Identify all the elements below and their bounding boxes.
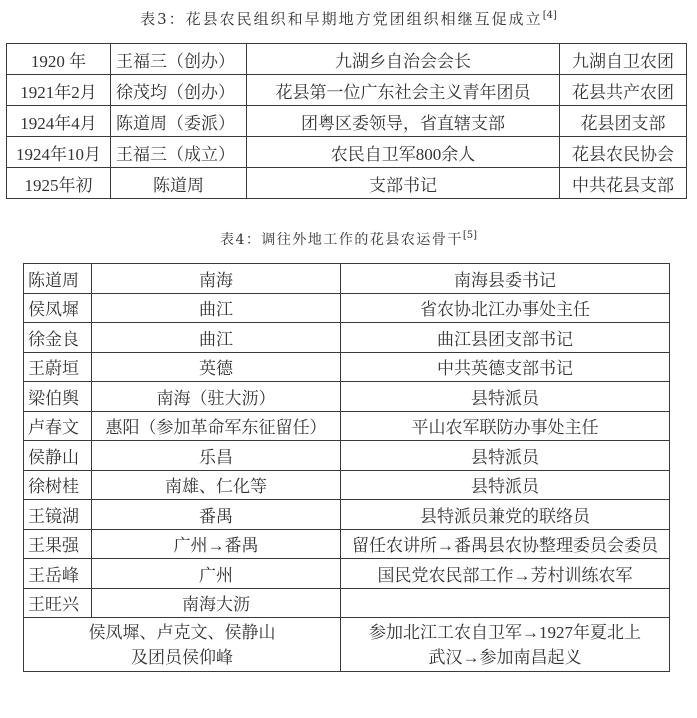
role-cell: 县特派员 xyxy=(341,382,670,412)
person-cell: 陈道周 xyxy=(111,168,247,199)
description-cell: 花县第一位广东社会主义青年团员 xyxy=(247,75,560,106)
name-cell: 侯静山 xyxy=(24,441,92,471)
organization-cell: 中共花县支部 xyxy=(560,168,687,199)
table4-citation: [5] xyxy=(463,230,477,241)
location-cell: 南雄、仁化等 xyxy=(92,470,341,500)
organization-cell: 九湖自卫农团 xyxy=(560,44,687,75)
location-cell: 广州 xyxy=(92,559,341,589)
location-cell: 惠阳（参加革命军东征留任） xyxy=(92,411,341,441)
table3-caption: 表3：花县农民组织和早期地方党团组织相继互促成立[4] xyxy=(0,8,697,29)
location-cell: 广州→番禺 xyxy=(92,529,341,559)
date-cell: 1924年4月 xyxy=(7,106,111,137)
location-cell: 乐昌 xyxy=(92,441,341,471)
role-cell: 平山农军联防办事处主任 xyxy=(341,411,670,441)
table-row: 侯静山 乐昌 县特派员 xyxy=(24,441,670,471)
table-group-row: 侯凤墀、卢克文、侯静山 及团员侯仰峰 参加北江工农自卫军→1927年夏北上 武汉… xyxy=(24,618,670,672)
table3-peasant-organizations: 1920 年 王福三（创办） 九湖乡自治会会长 九湖自卫农团 1921年2月 徐… xyxy=(6,43,687,199)
description-cell: 支部书记 xyxy=(247,168,560,199)
name-cell: 梁伯舆 xyxy=(24,382,92,412)
table-row: 陈道周 南海 南海县委书记 xyxy=(24,264,670,294)
table4-caption-text: 表4：调往外地工作的花县农运骨干 xyxy=(220,232,463,248)
description-cell: 农民自卫军800余人 xyxy=(247,137,560,168)
group-names-cell: 侯凤墀、卢克文、侯静山 及团员侯仰峰 xyxy=(24,618,341,672)
role-cell: 中共英德支部书记 xyxy=(341,352,670,382)
name-cell: 侯凤墀 xyxy=(24,293,92,323)
table-row: 梁伯舆 南海（驻大沥） 县特派员 xyxy=(24,382,670,412)
organization-cell: 花县共产农团 xyxy=(560,75,687,106)
role-cell xyxy=(341,588,670,618)
table-row: 1924年4月 陈道周（委派） 团粤区委领导，省直辖支部 花县团支部 xyxy=(7,106,687,137)
name-cell: 徐树桂 xyxy=(24,470,92,500)
role-cell: 南海县委书记 xyxy=(341,264,670,294)
table4-transferred-cadres: 陈道周 南海 南海县委书记 侯凤墀 曲江 省农协北江办事处主任 徐金良 曲江 曲… xyxy=(23,263,670,672)
table4-caption: 表4：调往外地工作的花县农运骨干[5] xyxy=(0,229,697,249)
location-cell: 南海大沥 xyxy=(92,588,341,618)
group-names-line2: 及团员侯仰峰 xyxy=(27,645,337,670)
role-cell: 县特派员 xyxy=(341,470,670,500)
date-cell: 1920 年 xyxy=(7,44,111,75)
name-cell: 陈道周 xyxy=(24,264,92,294)
table-row: 王蔚垣 英德 中共英德支部书记 xyxy=(24,352,670,382)
role-cell: 国民党农民部工作→芳村训练农军 xyxy=(341,559,670,589)
group-role-cell: 参加北江工农自卫军→1927年夏北上 武汉→参加南昌起义 xyxy=(341,618,670,672)
table-row: 王岳峰 广州 国民党农民部工作→芳村训练农军 xyxy=(24,559,670,589)
table-row: 1921年2月 徐茂均（创办） 花县第一位广东社会主义青年团员 花县共产农团 xyxy=(7,75,687,106)
person-cell: 陈道周（委派） xyxy=(111,106,247,137)
location-cell: 曲江 xyxy=(92,323,341,353)
role-cell: 省农协北江办事处主任 xyxy=(341,293,670,323)
location-cell: 番禺 xyxy=(92,500,341,530)
organization-cell: 花县团支部 xyxy=(560,106,687,137)
role-cell: 县特派员兼党的联络员 xyxy=(341,500,670,530)
name-cell: 王旺兴 xyxy=(24,588,92,618)
table-row: 1925年初 陈道周 支部书记 中共花县支部 xyxy=(7,168,687,199)
table-row: 王果强 广州→番禺 留任农讲所→番禺县农协整理委员会委员 xyxy=(24,529,670,559)
name-cell: 王果强 xyxy=(24,529,92,559)
table3-citation: [4] xyxy=(543,10,557,21)
date-cell: 1925年初 xyxy=(7,168,111,199)
date-cell: 1924年10月 xyxy=(7,137,111,168)
group-names-line1: 侯凤墀、卢克文、侯静山 xyxy=(27,620,337,645)
table-row: 1920 年 王福三（创办） 九湖乡自治会会长 九湖自卫农团 xyxy=(7,44,687,75)
role-cell: 留任农讲所→番禺县农协整理委员会委员 xyxy=(341,529,670,559)
person-cell: 王福三（成立） xyxy=(111,137,247,168)
group-role-line1: 参加北江工农自卫军→1927年夏北上 xyxy=(344,620,666,645)
location-cell: 曲江 xyxy=(92,293,341,323)
location-cell: 南海 xyxy=(92,264,341,294)
person-cell: 王福三（创办） xyxy=(111,44,247,75)
table-row: 侯凤墀 曲江 省农协北江办事处主任 xyxy=(24,293,670,323)
name-cell: 王镜湖 xyxy=(24,500,92,530)
name-cell: 王蔚垣 xyxy=(24,352,92,382)
table-row: 1924年10月 王福三（成立） 农民自卫军800余人 花县农民协会 xyxy=(7,137,687,168)
date-cell: 1921年2月 xyxy=(7,75,111,106)
role-cell: 曲江县团支部书记 xyxy=(341,323,670,353)
location-cell: 南海（驻大沥） xyxy=(92,382,341,412)
group-role-line2: 武汉→参加南昌起义 xyxy=(344,645,666,670)
table3-caption-text: 表3：花县农民组织和早期地方党团组织相继互促成立 xyxy=(140,10,543,28)
description-cell: 九湖乡自治会会长 xyxy=(247,44,560,75)
person-cell: 徐茂均（创办） xyxy=(111,75,247,106)
name-cell: 徐金良 xyxy=(24,323,92,353)
location-cell: 英德 xyxy=(92,352,341,382)
description-cell: 团粤区委领导，省直辖支部 xyxy=(247,106,560,137)
table-row: 卢春文 惠阳（参加革命军东征留任） 平山农军联防办事处主任 xyxy=(24,411,670,441)
organization-cell: 花县农民协会 xyxy=(560,137,687,168)
table-row: 徐树桂 南雄、仁化等 县特派员 xyxy=(24,470,670,500)
name-cell: 王岳峰 xyxy=(24,559,92,589)
name-cell: 卢春文 xyxy=(24,411,92,441)
table-row: 徐金良 曲江 曲江县团支部书记 xyxy=(24,323,670,353)
table-row: 王镜湖 番禺 县特派员兼党的联络员 xyxy=(24,500,670,530)
role-cell: 县特派员 xyxy=(341,441,670,471)
table-row: 王旺兴 南海大沥 xyxy=(24,588,670,618)
